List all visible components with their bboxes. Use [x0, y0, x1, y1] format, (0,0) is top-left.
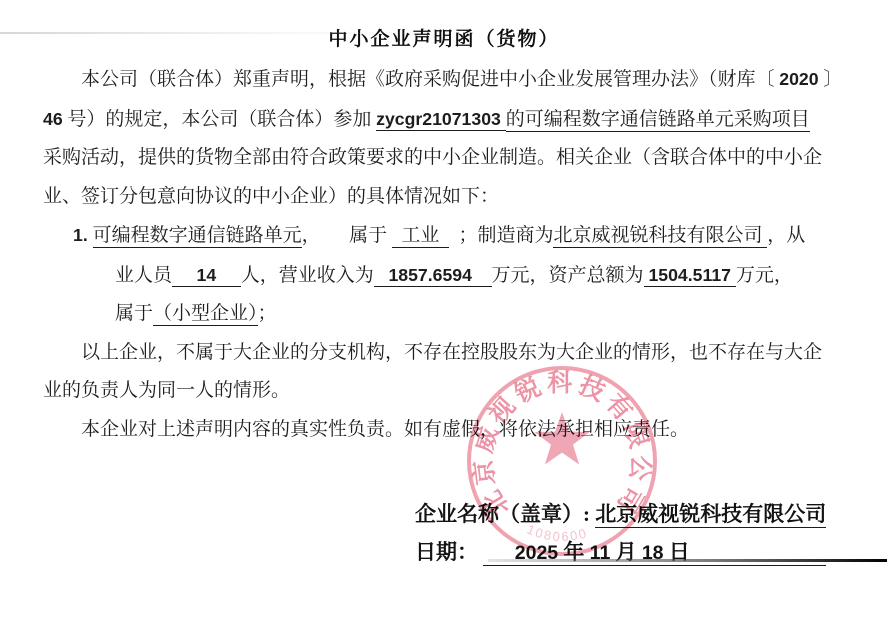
scan-artifact-bottom — [488, 559, 887, 562]
text-segment: 可编程数字通信链路单元 — [93, 225, 302, 248]
text-segment: （小型企业） — [153, 303, 258, 326]
text-segment: 业人员 — [115, 265, 172, 286]
text-segment: 以上企业，不属于大企业的分支机构，不存在控股股东为大企业的情形，也不存在与大企 — [81, 342, 822, 363]
text-segment: 万元， — [736, 265, 793, 286]
body-line-5: 1. 可编程数字通信链路单元， 属于 工业 ；制造商为北京威视锐科技有限公司 ，… — [43, 216, 845, 256]
text-segment: 属于 — [115, 303, 153, 324]
text-segment: 的可编程数字通信链路单元采购项目 — [506, 109, 810, 132]
body-line-8: 以上企业，不属于大企业的分支机构，不存在控股股东为大企业的情形，也不存在与大企 — [43, 334, 845, 373]
text-segment: 14 — [172, 265, 241, 287]
text-segment: 万元，资产总额为 — [492, 265, 644, 286]
text-segment — [483, 540, 515, 566]
body-line-2: 46 号）的规定，本公司（联合体）参加 zycgr21071303 的可编程数字… — [43, 100, 845, 140]
text-segment: ；制造商为 — [449, 225, 554, 246]
text-segment: 2025 — [515, 542, 558, 566]
body-line-6: 业人员 14 人，营业收入为 1857.6594 万元，资产总额为 1504.5… — [43, 256, 845, 296]
text-segment: 号）的规定，本公司（联合体）参加 — [63, 109, 377, 130]
declaration-document: 中小企业声明函（货物） 本公司（联合体）郑重声明，根据《政府采购促进中小企业发展… — [0, 0, 887, 622]
text-segment: 46 — [43, 109, 63, 129]
body-line-4: 业、签订分包意向协议的中小企业）的具体情况如下： — [43, 178, 845, 217]
text-segment: 11 — [590, 542, 611, 566]
text-segment: 本企业对上述声明内容的真实性负责。如有虚假，将依法承担相应责任。 — [81, 419, 689, 440]
text-segment: 采购活动，提供的货物全部由符合政策要求的中小企业制造。相关企业（含联合体中的中小… — [43, 147, 822, 168]
text-segment: 18 — [642, 542, 664, 566]
text-segment: 1857.6594 — [374, 265, 492, 287]
text-segment: 北京威视锐科技有限公司 — [595, 502, 826, 528]
body-line-7: 属于（小型企业）； — [43, 295, 845, 334]
text-segment: ， 属于 — [302, 225, 392, 246]
text-segment: ，从 — [767, 225, 805, 246]
text-segment: ； — [258, 303, 277, 324]
body-line-1: 本公司（联合体）郑重声明，根据《政府采购促进中小企业发展管理办法》（财库〔 20… — [43, 60, 845, 100]
signature-line-2: 日期： 2025 年 11 月 18 日 — [415, 533, 845, 572]
text-segment: 月 — [610, 540, 642, 566]
text-segment: 1504.5117 — [644, 265, 736, 287]
text-segment: 北京威视锐科技有限公司 — [553, 225, 767, 248]
text-segment: zycgr21071303 — [376, 109, 506, 131]
document-body: 本公司（联合体）郑重声明，根据《政府采购促进中小企业发展管理办法》（财库〔 20… — [43, 60, 845, 449]
text-segment: 业的负责人为同一人的情形。 — [43, 380, 290, 401]
text-segment — [690, 540, 827, 566]
body-line-9: 业的负责人为同一人的情形。 — [43, 372, 845, 411]
text-segment: 2020 — [779, 69, 818, 89]
scan-artifact-top — [0, 32, 470, 34]
text-segment: 日 — [664, 540, 690, 566]
text-segment: 〕 — [819, 69, 843, 90]
body-line-10: 本企业对上述声明内容的真实性负责。如有虚假，将依法承担相应责任。 — [43, 411, 845, 450]
text-segment: 工业 — [392, 225, 449, 248]
text-segment: 1. — [73, 225, 93, 245]
text-segment: 本公司（联合体）郑重声明，根据《政府采购促进中小企业发展管理办法》（财库〔 — [81, 69, 779, 90]
text-segment: 企业名称（盖章）: — [415, 502, 595, 526]
signature-line-1: 企业名称（盖章）: 北京威视锐科技有限公司 — [415, 495, 845, 533]
text-segment: 人，营业收入为 — [241, 265, 374, 286]
text-segment: 年 — [558, 540, 590, 566]
text-segment: 业、签订分包意向协议的中小企业）的具体情况如下： — [43, 186, 499, 207]
text-segment: 日期： — [415, 540, 483, 564]
body-line-3: 采购活动，提供的货物全部由符合政策要求的中小企业制造。相关企业（含联合体中的中小… — [43, 139, 845, 178]
